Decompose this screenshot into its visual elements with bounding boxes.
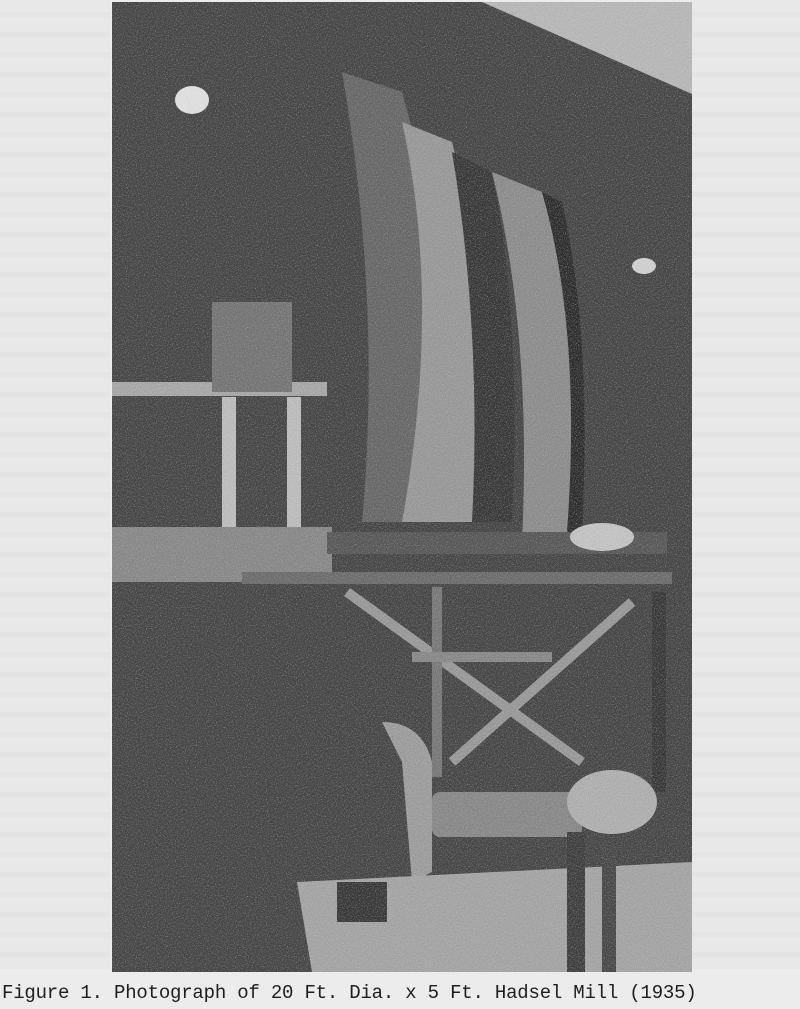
page-margin-bleedthrough-left <box>0 0 110 969</box>
figure-photograph <box>112 2 692 972</box>
figure-caption: Figure 1. Photograph of 20 Ft. Dia. x 5 … <box>2 982 800 1004</box>
page-margin-bleedthrough-right <box>690 0 800 969</box>
